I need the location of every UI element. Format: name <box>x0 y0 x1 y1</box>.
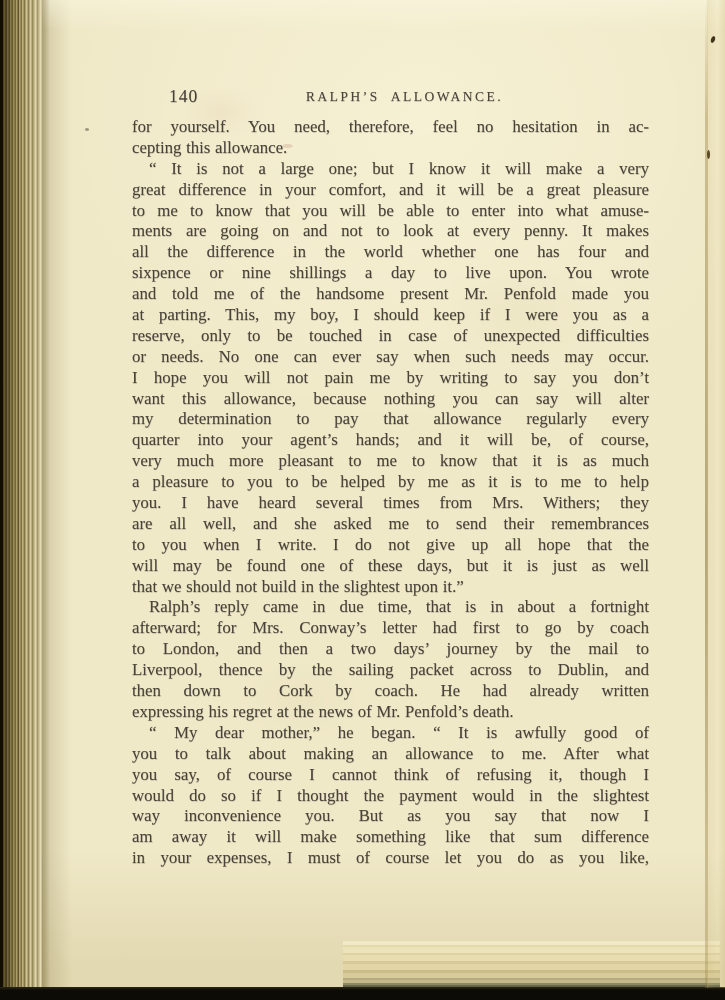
page-header: 140 RALPH’S ALLOWANCE. <box>132 86 649 108</box>
binding-edge-left <box>0 0 50 1000</box>
text-line: cepting this allowance. <box>132 138 649 159</box>
paper-speck <box>85 128 89 131</box>
text-line: ments are going on and not to look at ev… <box>132 221 649 242</box>
text-line: I hope you will not pain me by writing t… <box>132 368 649 389</box>
scanned-book-page: 140 RALPH’S ALLOWANCE. for yourself. You… <box>0 0 725 1000</box>
text-line: you. I have heard several times from Mrs… <box>132 493 649 514</box>
text-line: or needs. No one can ever say when such … <box>132 347 649 368</box>
text-line: very much more pleasant to me to know th… <box>132 451 649 472</box>
text-line: then down to Cork by coach. He had alrea… <box>132 681 649 702</box>
text-line: “ My dear mother,” he began. “ It is awf… <box>132 723 649 744</box>
text-line: for yourself. You need, therefore, feel … <box>132 117 649 138</box>
text-line: are all well, and she asked me to send t… <box>132 514 649 535</box>
text-line: at parting. This, my boy, I should keep … <box>132 305 649 326</box>
page-edges-bottom <box>343 941 720 988</box>
text-line: quarter into your agent’s hands; and it … <box>132 430 649 451</box>
text-line: in your expenses, I must of course let y… <box>132 848 649 869</box>
text-line: sixpence or nine shillings a day to live… <box>132 263 649 284</box>
text-line: you to talk about making an allowance to… <box>132 744 649 765</box>
text-line: to you when I write. I do not give up al… <box>132 535 649 556</box>
text-line: you say, of course I cannot think of ref… <box>132 765 649 786</box>
text-line: way inconvenience you. But as you say th… <box>132 806 649 827</box>
body-text: for yourself. You need, therefore, feel … <box>132 117 649 869</box>
page-edge-right-shade <box>707 0 725 988</box>
text-line: am away it will make something like that… <box>132 827 649 848</box>
text-line: “ It is not a large one; but I know it w… <box>132 159 649 180</box>
text-line: all the difference in the world whether … <box>132 242 649 263</box>
text-line: afterward; for Mrs. Conway’s letter had … <box>132 618 649 639</box>
text-line: Liverpool, thence by the sailing packet … <box>132 660 649 681</box>
text-line: to me to know that you will be able to e… <box>132 201 649 222</box>
text-line: expressing his regret at the news of Mr.… <box>132 702 649 723</box>
text-line: would do so if I thought the payment wou… <box>132 786 649 807</box>
text-line: great difference in your comfort, and it… <box>132 180 649 201</box>
text-line: want this allowance, because nothing you… <box>132 389 649 410</box>
text-line: a pleasure to you to be helped by me as … <box>132 472 649 493</box>
text-line: Ralph’s reply came in due time, that is … <box>132 597 649 618</box>
text-line: reserve, only to be touched in case of u… <box>132 326 649 347</box>
text-line: to London, and then a two days’ journey … <box>132 639 649 660</box>
page-number: 140 <box>169 86 198 107</box>
running-title: RALPH’S ALLOWANCE. <box>306 89 503 105</box>
text-line: that we should not build in the slightes… <box>132 577 649 598</box>
page-content: 140 RALPH’S ALLOWANCE. for yourself. You… <box>132 86 649 108</box>
text-line: my determination to pay that allowance r… <box>132 409 649 430</box>
text-line: and told me of the handsome present Mr. … <box>132 284 649 305</box>
text-line: will may be found one of these days, but… <box>132 556 649 577</box>
paper-speck <box>707 150 710 159</box>
scanner-background-strip <box>0 987 725 1000</box>
